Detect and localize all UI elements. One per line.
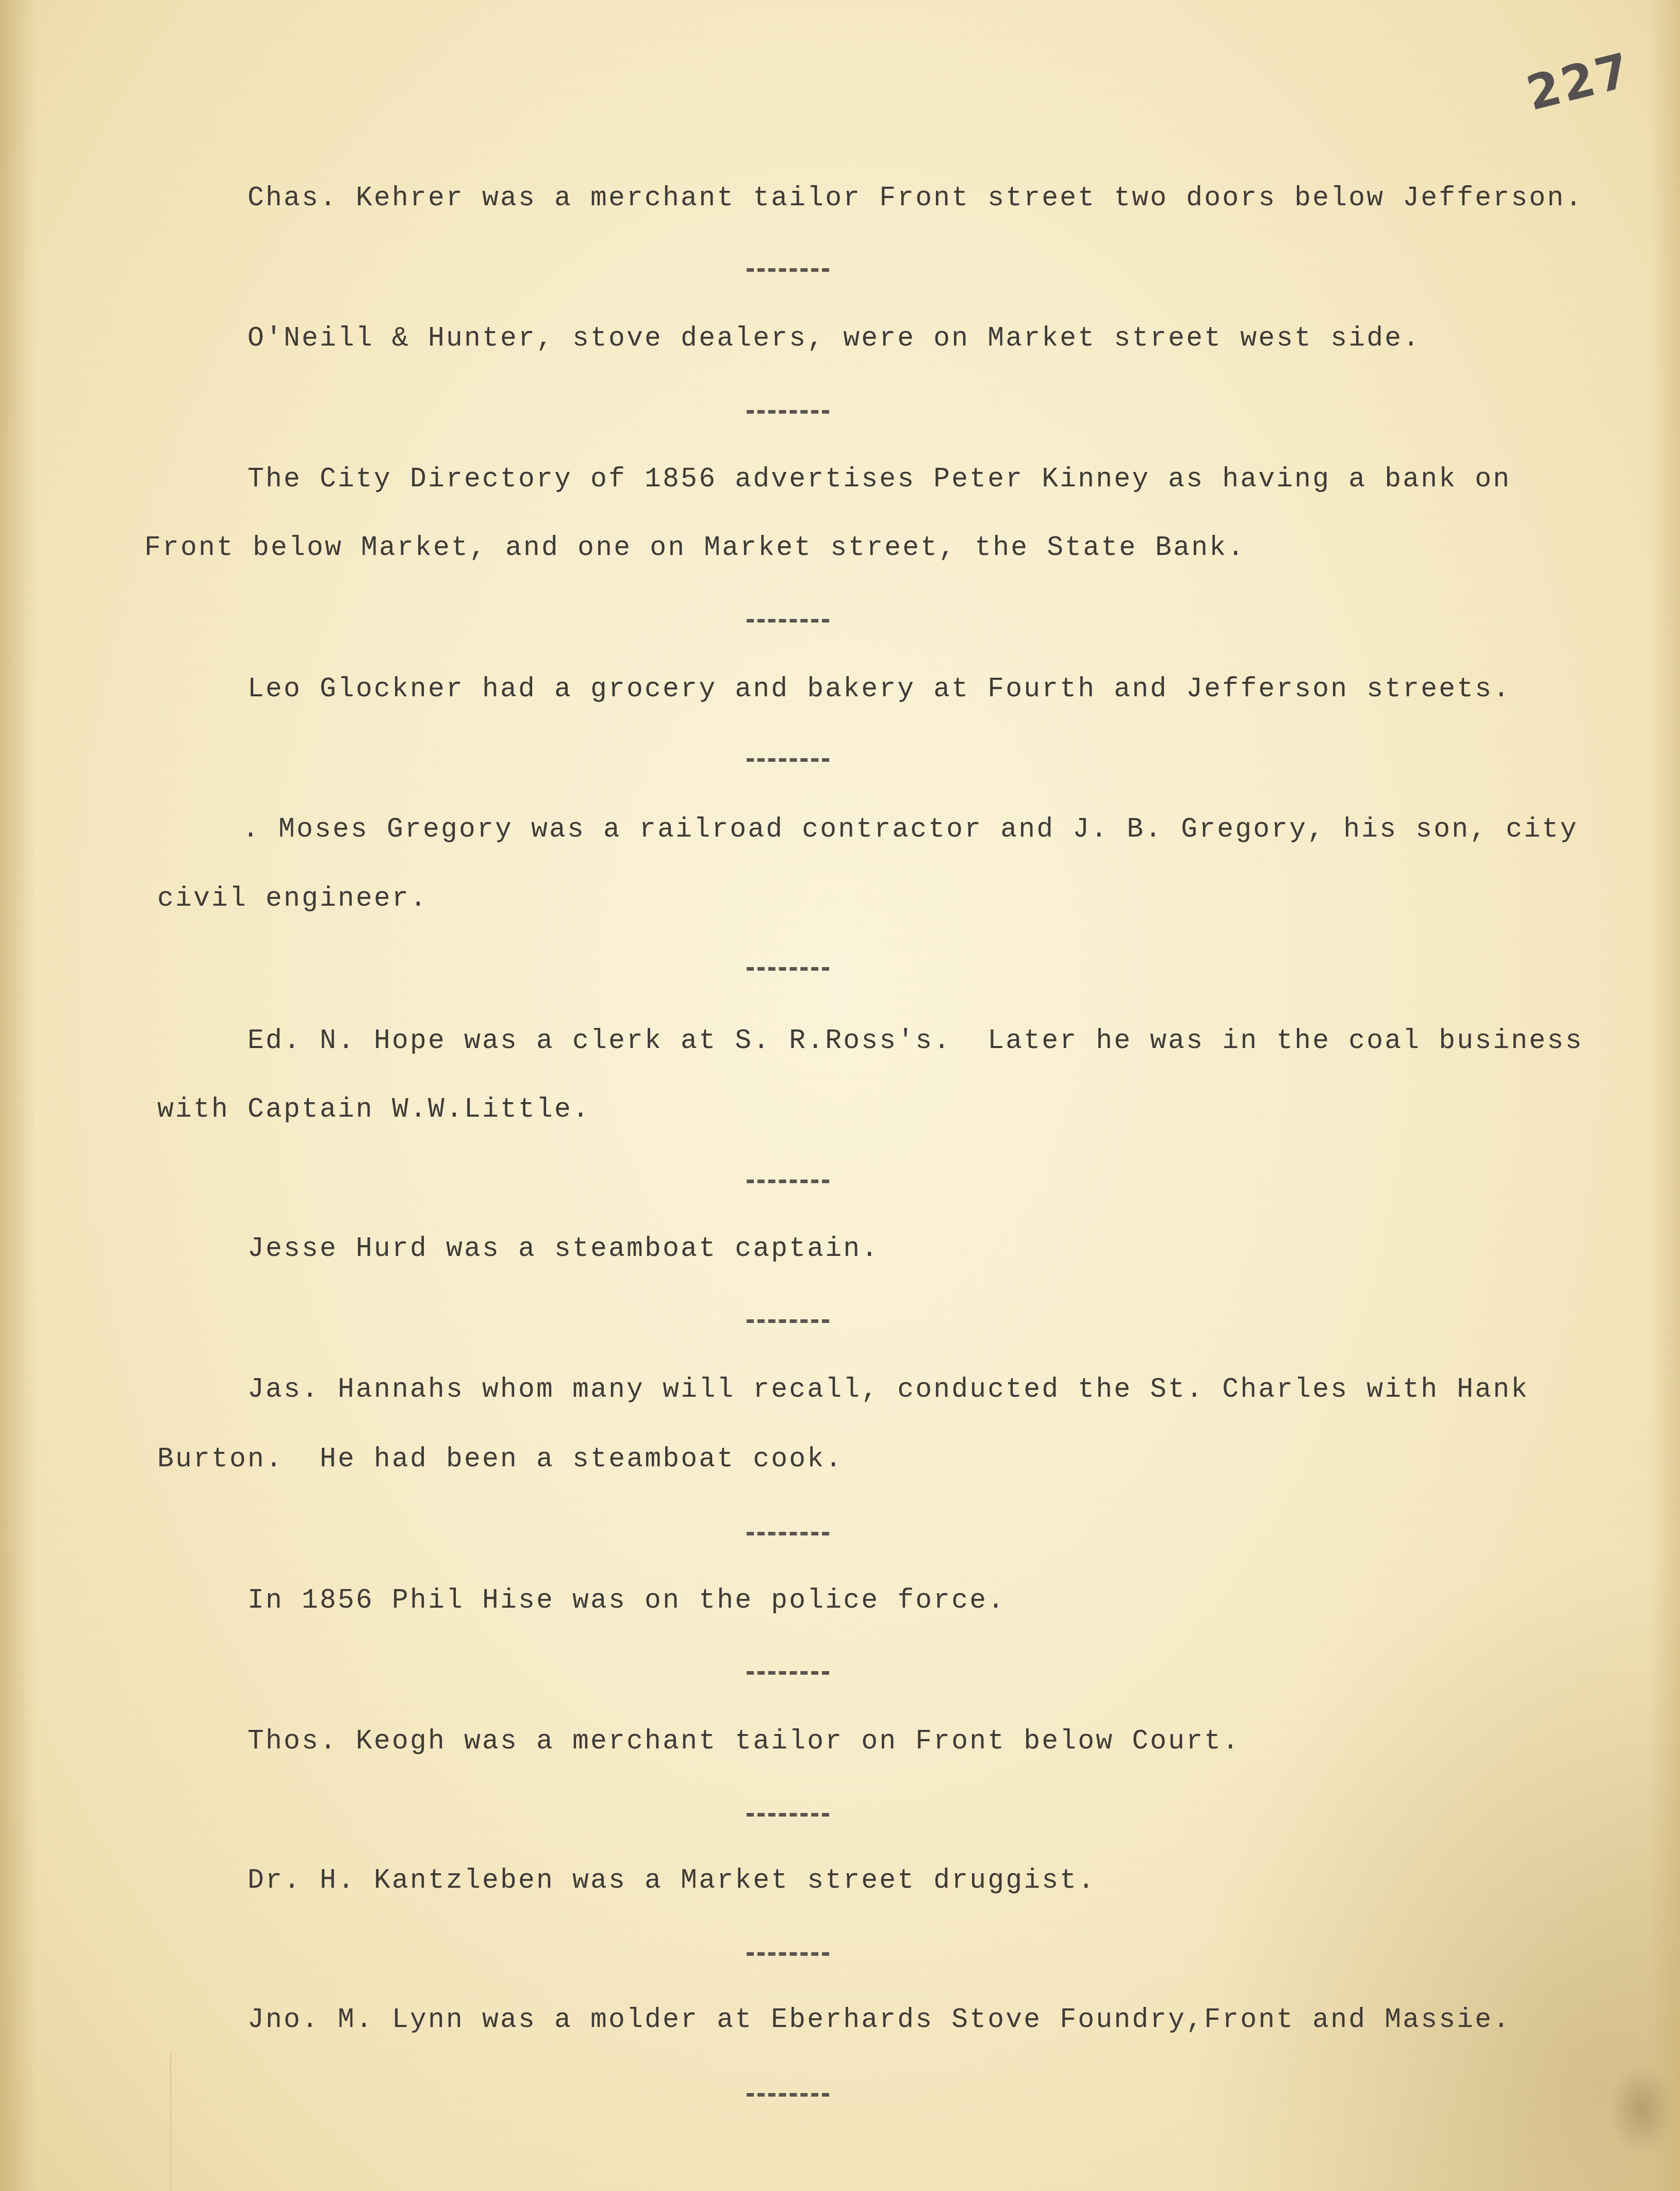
entry-4-line-1: Leo Glockner had a grocery and bakery at…: [248, 676, 1511, 703]
paper-crease: [170, 2053, 171, 2191]
paper-stain: [1609, 2063, 1676, 2156]
entry-5-line-1: . Moses Gregory was a railroad contracto…: [242, 816, 1578, 843]
entry-6-line-1: Ed. N. Hope was a clerk at S. R.Ross's. …: [248, 1027, 1583, 1055]
entry-10-line-1: Thos. Keogh was a merchant tailor on Fro…: [248, 1728, 1240, 1755]
entry-separator: [747, 1319, 829, 1323]
entry-separator: [747, 1813, 829, 1817]
entry-separator: [747, 410, 829, 414]
entry-12-line-1: Jno. M. Lynn was a molder at Eberhards S…: [248, 2006, 1511, 2034]
handwritten-page-number: 227: [1521, 42, 1637, 121]
entry-6-line-2: with Captain W.W.Little.: [157, 1096, 590, 1123]
entry-separator: [747, 1952, 829, 1956]
document-page: 227 Chas. Kehrer was a merchant tailor F…: [0, 0, 1680, 2191]
entry-3-line-2: Front below Market, and one on Market st…: [144, 534, 1245, 562]
entry-separator: [747, 2093, 829, 2097]
entry-separator: [747, 619, 829, 623]
entry-9-line-1: In 1856 Phil Hise was on the police forc…: [248, 1587, 1006, 1614]
entry-8-line-2: Burton. He had been a steamboat cook.: [157, 1446, 843, 1473]
entry-separator: [747, 1180, 829, 1183]
entry-separator: [747, 967, 829, 971]
entry-5-line-2: civil engineer.: [157, 885, 428, 912]
entry-separator: [747, 1671, 829, 1675]
entry-7-line-1: Jesse Hurd was a steamboat captain.: [248, 1235, 879, 1263]
entry-separator: [747, 758, 829, 762]
entry-3-line-1: The City Directory of 1856 advertises Pe…: [248, 466, 1511, 493]
entry-11-line-1: Dr. H. Kantzleben was a Market street dr…: [248, 1867, 1096, 1894]
entry-separator: [747, 1532, 829, 1535]
entry-2-line-1: O'Neill & Hunter, stove dealers, were on…: [248, 325, 1421, 352]
entry-separator: [747, 268, 829, 272]
entry-8-line-1: Jas. Hannahs whom many will recall, cond…: [248, 1376, 1529, 1403]
entry-1-line-1: Chas. Kehrer was a merchant tailor Front…: [248, 185, 1583, 212]
